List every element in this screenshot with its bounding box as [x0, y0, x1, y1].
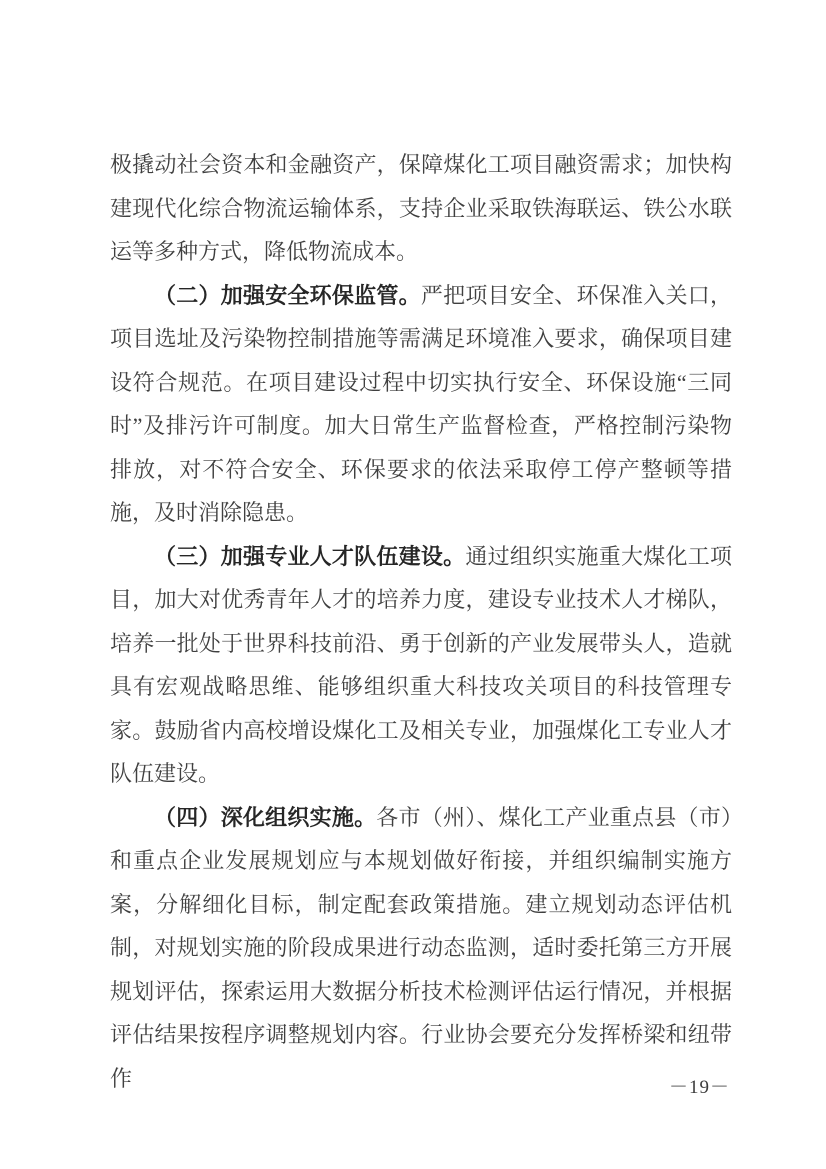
paragraph-continuation: 极撬动社会资本和金融资产，保障煤化工项目融资需求；加快构建现代化综合物流运输体系… — [110, 143, 732, 274]
document-page: 极撬动社会资本和金融资产，保障煤化工项目融资需求；加快构建现代化综合物流运输体系… — [0, 0, 826, 1169]
page-number: －19－ — [669, 1076, 730, 1100]
paragraph-section-4: （四）深化组织实施。各市（州）、煤化工产业重点县（市）和重点企业发展规划应与本规… — [110, 796, 732, 1101]
section-heading-4: （四）深化组织实施。 — [154, 805, 376, 830]
section-heading-2: （二）加强安全环保监管。 — [154, 283, 421, 308]
paragraph-text: 极撬动社会资本和金融资产，保障煤化工项目融资需求；加快构建现代化综合物流运输体系… — [110, 152, 732, 264]
paragraph-text: 严把项目安全、环保准入关口，项目选址及污染物控制措施等需满足环境准入要求，确保项… — [110, 283, 732, 526]
section-heading-3: （三）加强专业人才队伍建设。 — [154, 544, 465, 569]
paragraph-text: 各市（州）、煤化工产业重点县（市）和重点企业发展规划应与本规划做好衔接，并组织编… — [110, 805, 732, 1091]
paragraph-section-3: （三）加强专业人才队伍建设。通过组织实施重大煤化工项目，加大对优秀青年人才的培养… — [110, 535, 732, 796]
text-block: 极撬动社会资本和金融资产，保障煤化工项目融资需求；加快构建现代化综合物流运输体系… — [110, 143, 732, 1100]
paragraph-section-2: （二）加强安全环保监管。严把项目安全、环保准入关口，项目选址及污染物控制措施等需… — [110, 274, 732, 535]
paragraph-text: 通过组织实施重大煤化工项目，加大对优秀青年人才的培养力度，建设专业技术人才梯队，… — [110, 544, 732, 787]
